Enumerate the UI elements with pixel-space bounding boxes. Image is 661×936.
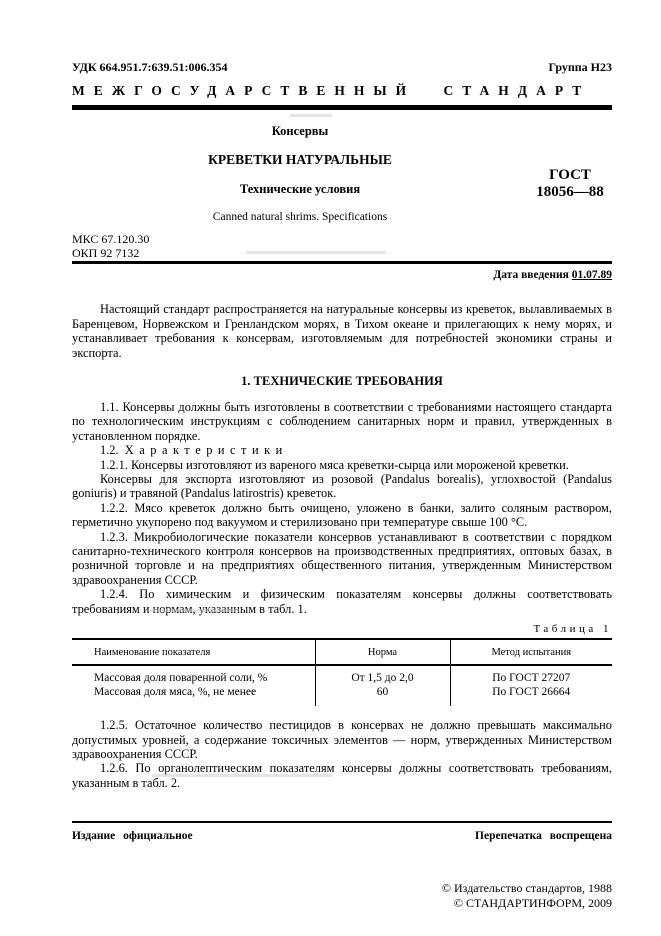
cell-indicator: Массовая доля поваренной соли, % (72, 665, 315, 685)
paragraph-1-2-title: Характеристики (125, 443, 288, 457)
header-rule (72, 105, 612, 110)
scan-artifact (152, 774, 332, 777)
table-1: Наименование показателя Норма Метод испы… (72, 638, 612, 706)
cell-norm: От 1,5 до 2,0 (315, 665, 450, 685)
section-1-heading: 1. ТЕХНИЧЕСКИЕ ТРЕБОВАНИЯ (72, 374, 612, 389)
cell-method: По ГОСТ 26664 (450, 685, 612, 706)
column-header-indicator: Наименование показателя (72, 639, 315, 665)
scan-artifact (150, 609, 240, 612)
paragraph-1-2-1-cont: Консервы для экспорта изготовляют из роз… (72, 472, 612, 501)
doc-title-en: Canned natural shrims. Specifications (72, 211, 528, 223)
udk-code: УДК 664.951.7:639.51:006.354 (72, 60, 228, 75)
title-block: Консервы КРЕВЕТКИ НАТУРАЛЬНЫЕ Технически… (72, 120, 612, 223)
paragraph-1-2-2: 1.2.2. Мясо креветок должно быть очищено… (72, 501, 612, 530)
gost-designation: ГОСТ 18056—88 (528, 120, 612, 223)
table-row: Массовая доля поваренной соли, % От 1,5 … (72, 665, 612, 685)
classification-row: УДК 664.951.7:639.51:006.354 Группа Н23 (72, 60, 612, 75)
column-header-method: Метод испытания (450, 639, 612, 665)
mks-code: МКС 67.120.30 (72, 233, 612, 246)
code-block: МКС 67.120.30 ОКП 92 7132 (72, 233, 612, 260)
title-rule (72, 261, 612, 264)
intro-section: Настоящий стандарт распространяется на н… (72, 302, 612, 360)
official-edition-note: Издание официальное (72, 830, 193, 842)
footer-rule (72, 821, 612, 823)
section-1-body: 1.1. Консервы должны быть изготовлены в … (72, 400, 612, 616)
cell-method: По ГОСТ 27207 (450, 665, 612, 685)
reprint-notice: Перепечатка воспрещена (475, 830, 612, 842)
gost-label: ГОСТ (528, 167, 612, 184)
paragraph-1-2-5: 1.2.5. Остаточное количество пестицидов … (72, 718, 612, 761)
paragraph-1-2-number: 1.2. (100, 443, 119, 457)
cell-indicator: Массовая доля мяса, %, не менее (72, 685, 315, 706)
table-1-caption: Таблица 1 (72, 623, 612, 635)
doc-category: Консервы (72, 124, 528, 139)
copyright-line-1: © Издательство стандартов, 1988 (72, 881, 612, 896)
group-code: Группа Н23 (548, 60, 612, 75)
paragraph-1-2-3: 1.2.3. Микробиологические показатели кон… (72, 530, 612, 588)
cell-norm: 60 (315, 685, 450, 706)
document-page: УДК 664.951.7:639.51:006.354 Группа Н23 … (0, 0, 661, 936)
section-1-continued: 1.2.5. Остаточное количество пестицидов … (72, 718, 612, 790)
paragraph-1-2-1: 1.2.1. Консервы изготовляют из вареного … (72, 458, 612, 472)
footer-notices: Издание официальное Перепечатка воспреще… (72, 830, 612, 842)
paragraph-1-1: 1.1. Консервы должны быть изготовлены в … (72, 400, 612, 443)
scan-artifact (246, 251, 386, 254)
doc-title: КРЕВЕТКИ НАТУРАЛЬНЫЕ (72, 152, 528, 168)
table-header-row: Наименование показателя Норма Метод испы… (72, 639, 612, 665)
standard-type-heading: МЕЖГОСУДАРСТВЕННЫЙ СТАНДАРТ (72, 83, 612, 99)
copyright-line-2: © СТАНДАРТИНФОРМ, 2009 (72, 896, 612, 911)
doc-subtitle: Технические условия (72, 182, 528, 197)
effective-date-value: 01.07.89 (572, 269, 612, 281)
intro-paragraph: Настоящий стандарт распространяется на н… (72, 302, 612, 360)
table-row: Массовая доля мяса, %, не менее 60 По ГО… (72, 685, 612, 706)
scan-artifact (290, 114, 332, 117)
copyright-block: © Издательство стандартов, 1988 © СТАНДА… (72, 881, 612, 911)
column-header-norm: Норма (315, 639, 450, 665)
paragraph-1-2: 1.2. Характеристики (72, 443, 612, 457)
effective-date: Дата введения 01.07.89 (72, 269, 612, 281)
effective-date-label: Дата введения (493, 269, 569, 281)
gost-number: 18056—88 (528, 184, 612, 201)
